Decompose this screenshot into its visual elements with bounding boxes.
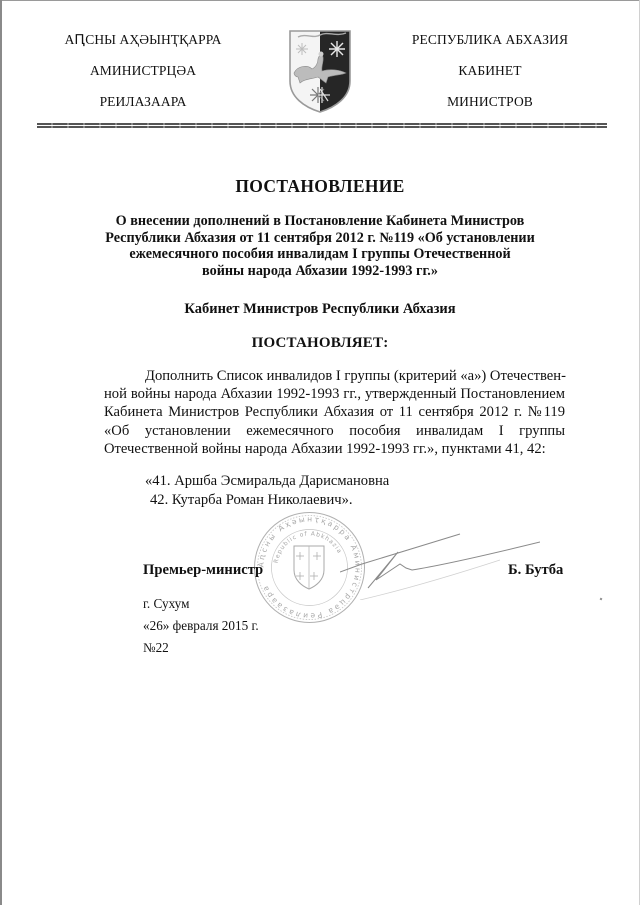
date-of-issue: «26» февраля 2015 г. xyxy=(143,618,259,634)
list-item: 42. Кутарба Роман Николаевич». xyxy=(145,491,389,510)
letterhead-divider xyxy=(37,123,607,129)
signer-name: Б. Бутба xyxy=(508,562,563,579)
stamp-inner-text: Republic of Abkhazia xyxy=(273,530,343,563)
letterhead-russian-line-2: КАБИНЕТ xyxy=(400,55,580,86)
letterhead-abkhaz-line-1: АԤСНЫ АҲӘЫНҬҚАРРА xyxy=(38,24,248,55)
list-item: «41. Аршба Эсмиральда Дарисмановна xyxy=(145,472,389,491)
issuer-heading: Кабинет Министров Республики Абхазия xyxy=(0,301,640,318)
body-line: «Об установлении ежемесячного пособия ин… xyxy=(104,422,565,440)
letterhead-russian: РЕСПУБЛИКА АБХАЗИЯ КАБИНЕТ МИНИСТРОВ xyxy=(400,24,580,117)
document-subject: О внесении дополнений в Постановление Ка… xyxy=(60,213,580,279)
document-number: №22 xyxy=(143,640,169,656)
document-title: ПОСТАНОВЛЕНИЕ xyxy=(0,176,640,197)
page-border-top xyxy=(0,0,640,1)
place-of-issue: г. Сухум xyxy=(143,596,189,612)
subject-line: войны народа Абхазии 1992-1993 гг.» xyxy=(60,263,580,280)
body-line: Кабинета Министров Республики Абхазия от… xyxy=(104,403,565,421)
decree-heading: ПОСТАНОВЛЯЕТ: xyxy=(0,335,640,352)
subject-line: ежемесячного пособия инвалидам I группы … xyxy=(60,246,580,263)
added-items-list: «41. Аршба Эсмиральда Дарисмановна 42. К… xyxy=(145,472,389,510)
subject-line: Республики Абхазия от 11 сентября 2012 г… xyxy=(60,230,580,247)
body-line: Дополнить Список инвалидов I группы (кри… xyxy=(104,367,565,385)
body-line: ной войны народа Абхазии 1992-1993 гг., … xyxy=(104,385,565,403)
coat-of-arms-icon xyxy=(288,29,352,114)
body-line: Отечественной войны народа Абхазии 1992-… xyxy=(104,440,565,458)
signer-title: Премьер-министр xyxy=(143,562,263,579)
scan-speck xyxy=(600,598,603,601)
body-paragraph: Дополнить Список инвалидов I группы (кри… xyxy=(104,367,565,458)
signature-scribble xyxy=(340,520,540,600)
letterhead-russian-line-1: РЕСПУБЛИКА АБХАЗИЯ xyxy=(400,24,580,55)
letterhead-abkhaz: АԤСНЫ АҲӘЫНҬҚАРРА АМИНИСТРЦӘА РЕИЛАЗААРА xyxy=(38,24,248,117)
letterhead-abkhaz-line-3: РЕИЛАЗААРА xyxy=(38,86,248,117)
page-border-left xyxy=(0,0,2,905)
subject-line: О внесении дополнений в Постановление Ка… xyxy=(60,213,580,230)
letterhead-russian-line-3: МИНИСТРОВ xyxy=(400,86,580,117)
svg-text:Republic of Abkhazia: Republic of Abkhazia xyxy=(273,530,343,563)
letterhead-abkhaz-line-2: АМИНИСТРЦӘА xyxy=(38,55,248,86)
